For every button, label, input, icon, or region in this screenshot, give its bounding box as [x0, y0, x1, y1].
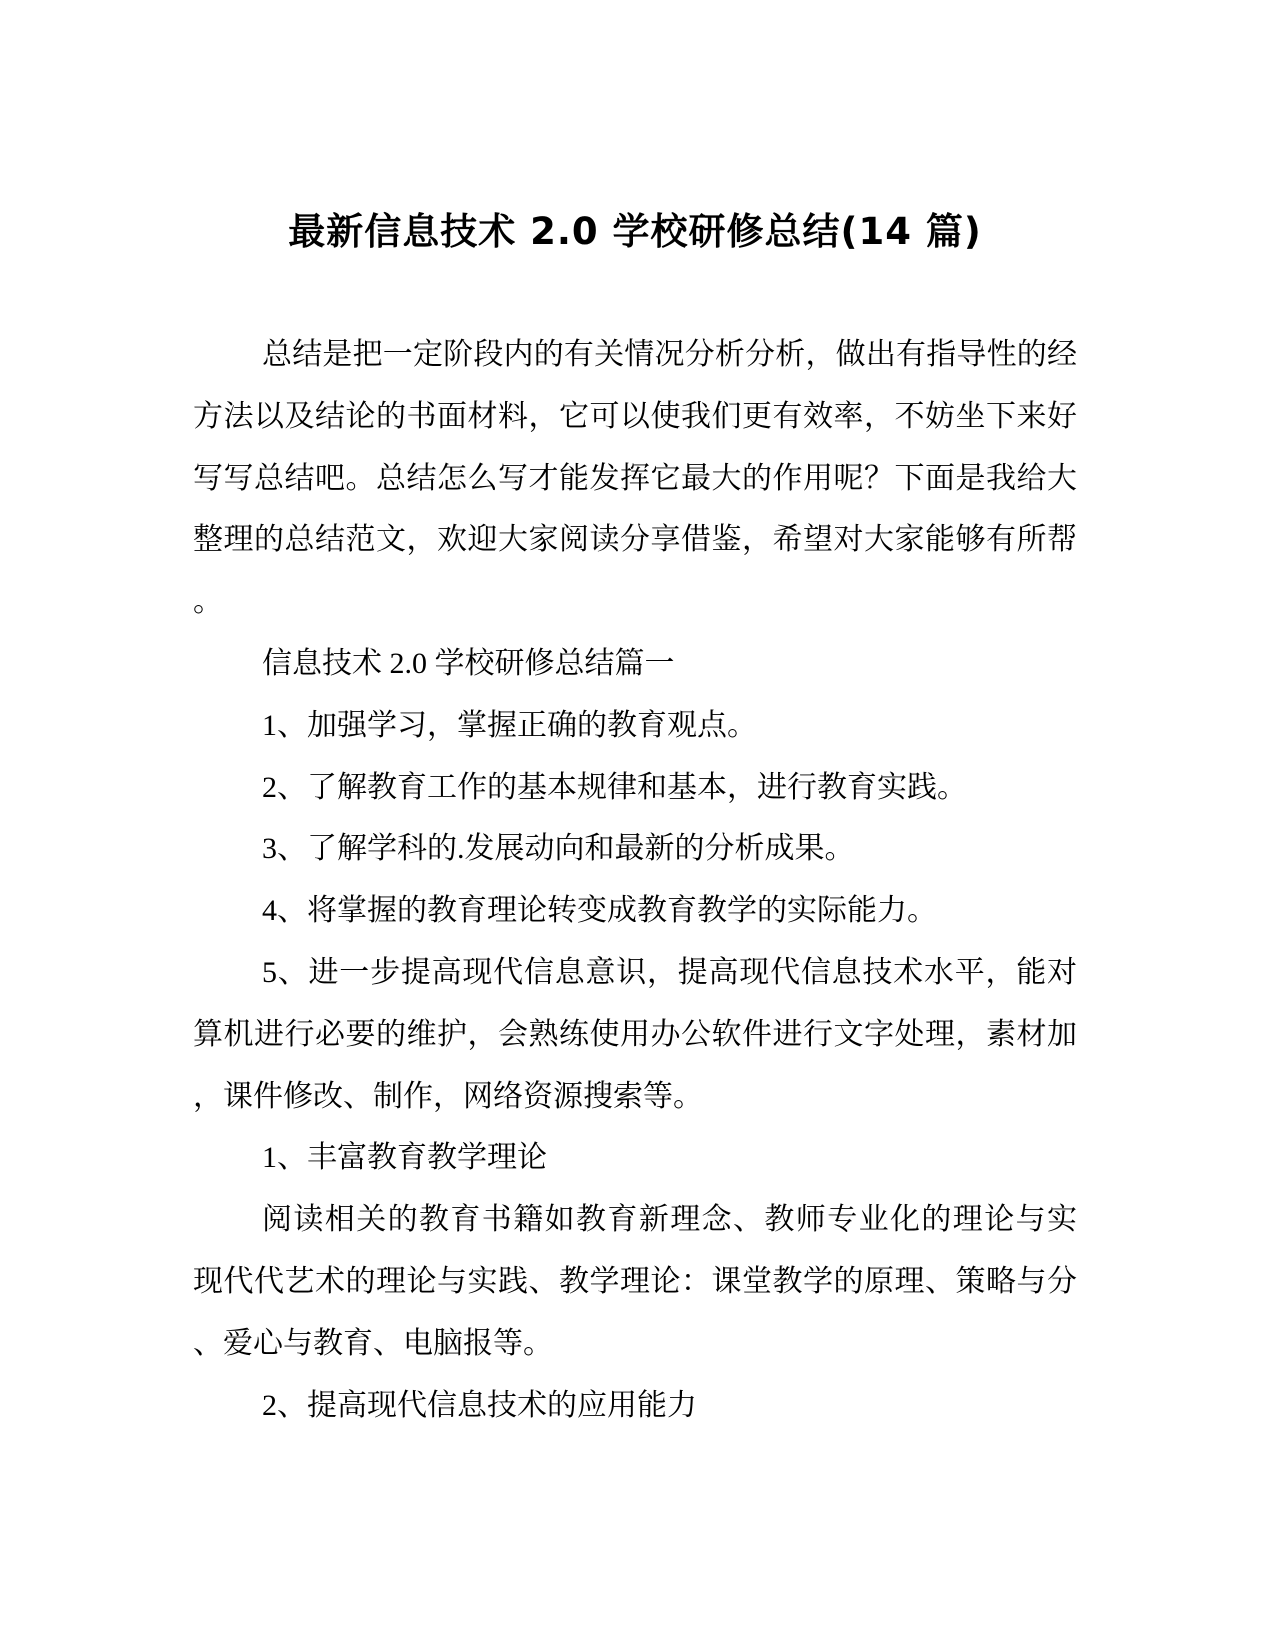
- paragraph: 1、丰富教育教学理论: [193, 1127, 1077, 1189]
- text-line: 写写总结吧。总结怎么写才能发挥它最大的作用呢？下面是我给大家: [193, 448, 1077, 510]
- document-title: 最新信息技术 2.0 学校研修总结(14 篇): [193, 201, 1077, 263]
- document-page: 最新信息技术 2.0 学校研修总结(14 篇) 总结是把一定阶段内的有关情况分析…: [0, 0, 1275, 1650]
- text-line: 信息技术 2.0 学校研修总结篇一: [193, 633, 1077, 695]
- text-line: 2、了解教育工作的基本规律和基本，进行教育实践。: [193, 757, 1077, 819]
- text-line: 3、了解学科的.发展动向和最新的分析成果。: [193, 818, 1077, 880]
- paragraph: 阅读相关的教育书籍如教育新理念、教师专业化的理论与实践、现代代艺术的理论与实践、…: [193, 1189, 1077, 1374]
- paragraph: 4、将掌握的教育理论转变成教育教学的实际能力。: [193, 880, 1077, 942]
- text-line: 现代代艺术的理论与实践、教学理论：课堂教学的原理、策略与分析: [193, 1251, 1077, 1313]
- text-line: 。: [193, 571, 1077, 633]
- text-line: 1、丰富教育教学理论: [193, 1127, 1077, 1189]
- text-line: 总结是把一定阶段内的有关情况分析分析，做出有指导性的经验: [193, 324, 1077, 386]
- text-line: 算机进行必要的维护，会熟练使用办公软件进行文字处理，素材加工: [193, 1004, 1077, 1066]
- paragraph: 2、了解教育工作的基本规律和基本，进行教育实践。: [193, 757, 1077, 819]
- text-line: 、爱心与教育、电脑报等。: [193, 1313, 1077, 1375]
- text-line: 阅读相关的教育书籍如教育新理念、教师专业化的理论与实践、: [193, 1189, 1077, 1251]
- text-line: 方法以及结论的书面材料，它可以使我们更有效率，不妨坐下来好好: [193, 386, 1077, 448]
- text-line: 1、加强学习，掌握正确的教育观点。: [193, 695, 1077, 757]
- paragraph: 5、进一步提高现代信息意识，提高现代信息技术水平，能对计算机进行必要的维护，会熟…: [193, 942, 1077, 1127]
- paragraph: 信息技术 2.0 学校研修总结篇一: [193, 633, 1077, 695]
- text-line: ，课件修改、制作，网络资源搜索等。: [193, 1066, 1077, 1128]
- paragraph: 总结是把一定阶段内的有关情况分析分析，做出有指导性的经验方法以及结论的书面材料，…: [193, 324, 1077, 633]
- paragraph: 3、了解学科的.发展动向和最新的分析成果。: [193, 818, 1077, 880]
- text-line: 2、提高现代信息技术的应用能力: [193, 1375, 1077, 1437]
- paragraph: 2、提高现代信息技术的应用能力: [193, 1375, 1077, 1437]
- text-line: 整理的总结范文，欢迎大家阅读分享借鉴，希望对大家能够有所帮助: [193, 509, 1077, 571]
- paragraph: 1、加强学习，掌握正确的教育观点。: [193, 695, 1077, 757]
- text-line: 4、将掌握的教育理论转变成教育教学的实际能力。: [193, 880, 1077, 942]
- text-line: 5、进一步提高现代信息意识，提高现代信息技术水平，能对计: [193, 942, 1077, 1004]
- document-body: 总结是把一定阶段内的有关情况分析分析，做出有指导性的经验方法以及结论的书面材料，…: [193, 324, 1077, 1436]
